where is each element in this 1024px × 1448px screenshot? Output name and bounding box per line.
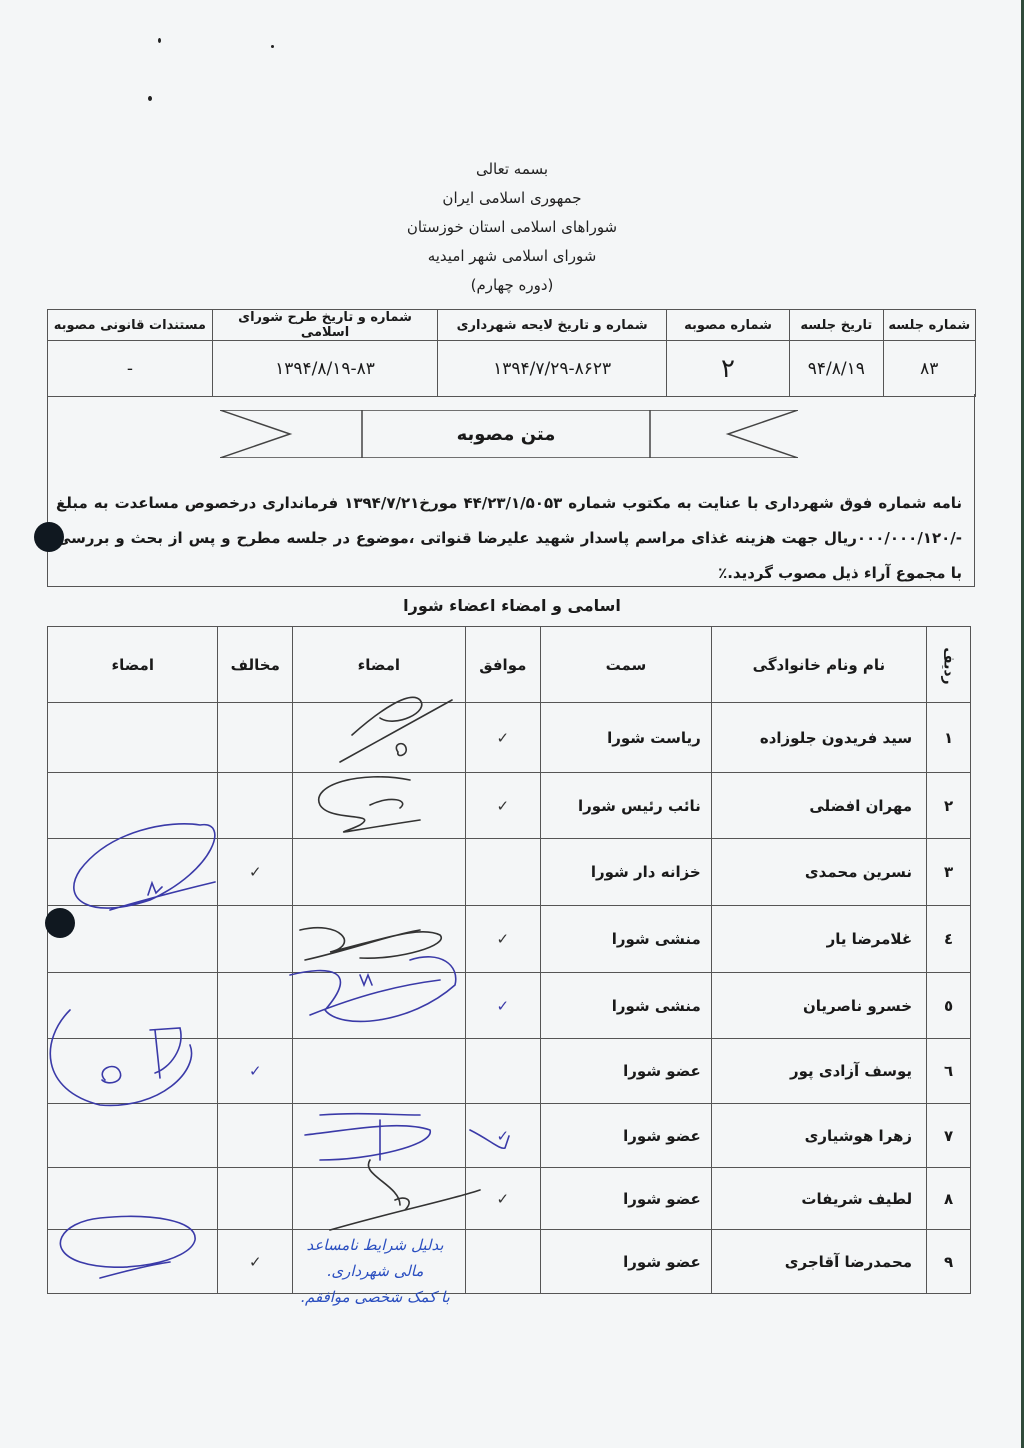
header-country: جمهوری اسلامی ایران [0,184,1024,213]
meta-header-municipal-bill: شماره و تاریخ لایحه شهرداری [438,310,667,341]
scan-speck [271,45,274,48]
meta-session-date: ۹۴/۸/۱۹ [790,341,884,397]
meta-header-council-plan: شماره و تاریخ طرح شورای اسلامی [212,310,438,341]
agree-signature [293,1168,465,1230]
member-name: زهرا هوشیاری [711,1104,926,1168]
member-name: محمدرضا آقاجری [711,1230,926,1294]
agree-signature [293,973,465,1039]
table-row: ۳ نسرین محمدی خزانه دار شورا ✓ [48,839,971,906]
agree-signature [293,839,465,906]
agree-signature [293,1039,465,1104]
disagree-signature [48,839,218,906]
members-title: اسامی و امضاء اعضاء شورا [0,596,1024,615]
disagree-signature [48,1039,218,1104]
resolution-body: نامه شماره فوق شهرداری با عنایت به مکتوب… [56,486,962,591]
header-city-council: شورای اسلامی شهر امیدیه [0,242,1024,271]
punch-hole [34,522,64,552]
disagree-signature [48,773,218,839]
disagree-check: ✓ [218,839,293,906]
disagree-check [218,1168,293,1230]
title-ribbon: متن مصوبه [220,410,798,458]
col-header-agree: موافق [465,627,541,703]
member-name: مهران افضلی [711,773,926,839]
resolution-title: متن مصوبه [362,410,650,458]
meta-resolution-number: ۲ [666,341,789,397]
col-header-disagree: مخالف [218,627,293,703]
member-name: یوسف آزادی پور [711,1039,926,1104]
note-line-3: با کمک شخصی موافقم. [280,1284,470,1310]
disagree-check [218,906,293,973]
col-header-role: سمت [541,627,712,703]
agree-check: ✓ [465,773,541,839]
member-role: عضو شورا [541,1230,712,1294]
disagree-signature [48,973,218,1039]
member-role: نائب رئیس شورا [541,773,712,839]
meta-header-legal-basis: مستندات قانونی مصوبه [48,310,213,341]
disagree-check [218,973,293,1039]
resolution-meta-table: شماره جلسه تاریخ جلسه شماره مصوبه شماره … [47,309,976,397]
disagree-check [218,1104,293,1168]
disagree-signature [48,1168,218,1230]
agree-check: ✓ [465,703,541,773]
row-number: ۲ [927,773,971,839]
table-row: ٤ غلامرضا یار منشی شورا ✓ [48,906,971,973]
table-row: ۸ لطیف شریفات عضو شورا ✓ [48,1168,971,1230]
row-number: ٤ [927,906,971,973]
disagree-check [218,703,293,773]
member-role: ریاست شورا [541,703,712,773]
row-number: ٦ [927,1039,971,1104]
member-role: خزانه دار شورا [541,839,712,906]
note-line-1: بدلیل شرایط نامساعد [280,1232,470,1258]
agree-signature [293,1104,465,1168]
agree-check [465,1039,541,1104]
member-role: عضو شورا [541,1168,712,1230]
scan-speck [158,38,161,43]
row-number: ۹ [927,1230,971,1294]
disagree-check: ✓ [218,1039,293,1104]
member-name: سید فریدون جلوزاده [711,703,926,773]
meta-header-resolution-number: شماره مصوبه [666,310,789,341]
member-name: خسرو ناصریان [711,973,926,1039]
row-number: ۳ [927,839,971,906]
row-number: ٥ [927,973,971,1039]
row-number: ۸ [927,1168,971,1230]
agree-signature [293,703,465,773]
agree-check: ✓ [465,906,541,973]
agree-check [465,839,541,906]
member-role: عضو شورا [541,1104,712,1168]
table-row: ۲ مهران افضلی نائب رئیس شورا ✓ [48,773,971,839]
agree-signature [293,906,465,973]
header-basmala: بسمه تعالی [0,155,1024,184]
member-role: منشی شورا [541,973,712,1039]
row-number: ۷ [927,1104,971,1168]
scan-speck [148,96,152,101]
document-header: بسمه تعالی جمهوری اسلامی ایران شوراهای ا… [0,155,1024,300]
meta-header-session-number: شماره جلسه [883,310,975,341]
table-row: ۱ سید فریدون جلوزاده ریاست شورا ✓ [48,703,971,773]
header-term: (دوره چهارم) [0,271,1024,300]
meta-council-plan: ۱۳۹۴/۸/۱۹-۸۳ [212,341,438,397]
col-header-row: ردیف [927,627,971,703]
table-row: ٦ یوسف آزادی پور عضو شورا ✓ [48,1039,971,1104]
col-header-name: نام ونام خانوادگی [711,627,926,703]
table-row: ۹ محمدرضا آقاجری عضو شورا ✓ [48,1230,971,1294]
resolution-text-box: متن مصوبه نامه شماره فوق شهرداری با عنای… [47,394,975,587]
meta-header-session-date: تاریخ جلسه [790,310,884,341]
header-province-council: شوراهای اسلامی استان خوزستان [0,213,1024,242]
member-name: نسرین محمدی [711,839,926,906]
punch-hole [45,908,75,938]
agree-check [465,1230,541,1294]
handwritten-note: بدلیل شرایط نامساعد مالی شهرداری. با کمک… [280,1232,470,1310]
note-line-2: مالی شهرداری. [280,1258,470,1284]
col-header-sign-disagree: امضاء [48,627,218,703]
agree-check: ✓ [465,973,541,1039]
member-role: منشی شورا [541,906,712,973]
members-table: ردیف نام ونام خانوادگی سمت موافق امضاء م… [47,626,971,1294]
meta-municipal-bill: ۱۳۹۴/۷/۲۹-۸۶۲۳ [438,341,667,397]
disagree-signature [48,1104,218,1168]
member-name: غلامرضا یار [711,906,926,973]
member-name: لطیف شریفات [711,1168,926,1230]
agree-signature [293,773,465,839]
disagree-signature [48,1230,218,1294]
table-row: ٥ خسرو ناصریان منشی شورا ✓ [48,973,971,1039]
disagree-check [218,773,293,839]
col-header-sign-agree: امضاء [293,627,465,703]
table-row: ۷ زهرا هوشیاری عضو شورا ✓ [48,1104,971,1168]
agree-check: ✓ [465,1104,541,1168]
meta-legal-basis: - [48,341,213,397]
disagree-signature [48,703,218,773]
row-number: ۱ [927,703,971,773]
member-role: عضو شورا [541,1039,712,1104]
agree-check: ✓ [465,1168,541,1230]
meta-session-number: ۸۳ [883,341,975,397]
